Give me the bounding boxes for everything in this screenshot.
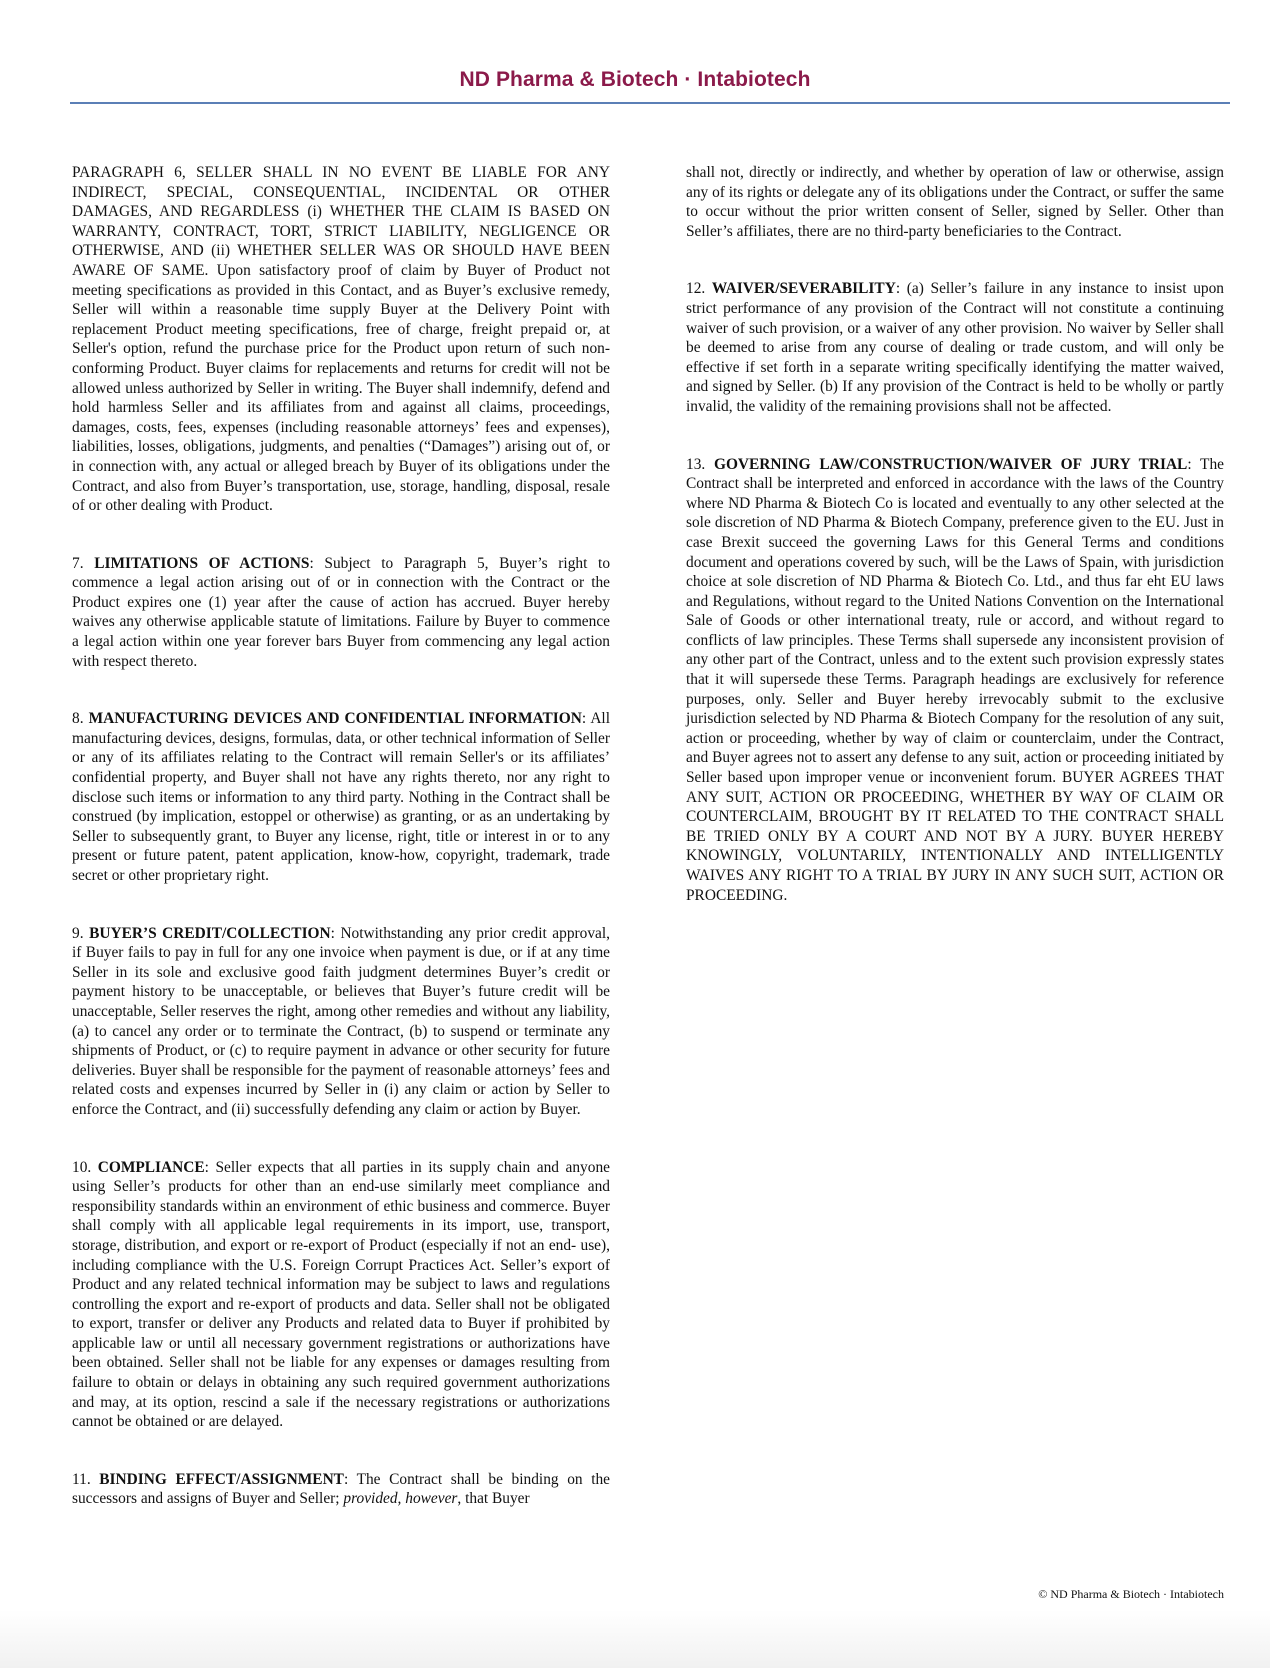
paragraph-7-limitations-of-actions: 7. LIMITATIONS OF ACTIONS: Subject to Pa… [72,554,610,672]
paragraph-number: 10. [72,1159,98,1176]
paragraph-6-continued: PARAGRAPH 6, SELLER SHALL IN NO EVENT BE… [72,163,610,516]
paragraph-text: , that Buyer [457,1490,529,1507]
paragraph-heading: BUYER’S CREDIT/COLLECTION [89,925,331,942]
paragraph-11-binding-effect: 11. BINDING EFFECT/ASSIGNMENT: The Contr… [72,1470,610,1509]
paragraph-number: 8. [72,710,89,727]
paragraph-9-buyers-credit: 9. BUYER’S CREDIT/COLLECTION: Notwithsta… [72,924,610,1120]
paragraph-text: : The Contract shall be interpreted and … [686,456,1224,904]
paragraph-number: 7. [72,555,94,572]
paragraph-10-compliance: 10. COMPLIANCE: Seller expects that all … [72,1158,610,1432]
paragraph-heading: LIMITATIONS OF ACTIONS [94,555,309,572]
paragraph-heading: MANUFACTURING DEVICES AND CONFIDENTIAL I… [89,710,582,727]
paragraph-12-waiver-severability: 12. WAIVER/SEVERABILITY: (a) Seller’s fa… [686,279,1224,416]
header-divider [70,102,1230,104]
paragraph-number: 11. [72,1471,99,1488]
paragraph-8-manufacturing-devices: 8. MANUFACTURING DEVICES AND CONFIDENTIA… [72,709,610,885]
paragraph-text: PARAGRAPH 6, SELLER SHALL IN NO EVENT BE… [72,164,610,514]
paragraph-number: 12. [686,280,712,297]
paragraph-text: shall not, directly or indirectly, and w… [686,164,1224,240]
paragraph-heading: WAIVER/SEVERABILITY [712,280,896,297]
paragraph-number: 9. [72,925,89,942]
paragraph-11-continued: shall not, directly or indirectly, and w… [686,163,1224,241]
paragraph-text: : All manufacturing devices, designs, fo… [72,710,610,884]
paragraph-heading: BINDING EFFECT/ASSIGNMENT [99,1471,344,1488]
left-column: PARAGRAPH 6, SELLER SHALL IN NO EVENT BE… [72,163,610,1509]
paragraph-13-governing-law: 13. GOVERNING LAW/CONSTRUCTION/WAIVER OF… [686,455,1224,906]
paragraph-italic-text: provided, however [343,1490,457,1507]
paragraph-heading: COMPLIANCE [98,1159,205,1176]
paragraph-number: 13. [686,456,714,473]
footer-copyright: © ND Pharma & Biotech · Intabiotech [1038,1587,1224,1602]
paragraph-heading: GOVERNING LAW/CONSTRUCTION/WAIVER OF JUR… [714,456,1187,473]
paragraph-text: : Seller expects that all parties in its… [72,1159,610,1431]
paragraph-text: : (a) Seller’s failure in any instance t… [686,280,1224,415]
paragraph-text: : Notwithstanding any prior credit appro… [72,925,610,1118]
right-column: shall not, directly or indirectly, and w… [686,163,1224,943]
page-header-title: ND Pharma & Biotech · Intabiotech [0,68,1270,92]
